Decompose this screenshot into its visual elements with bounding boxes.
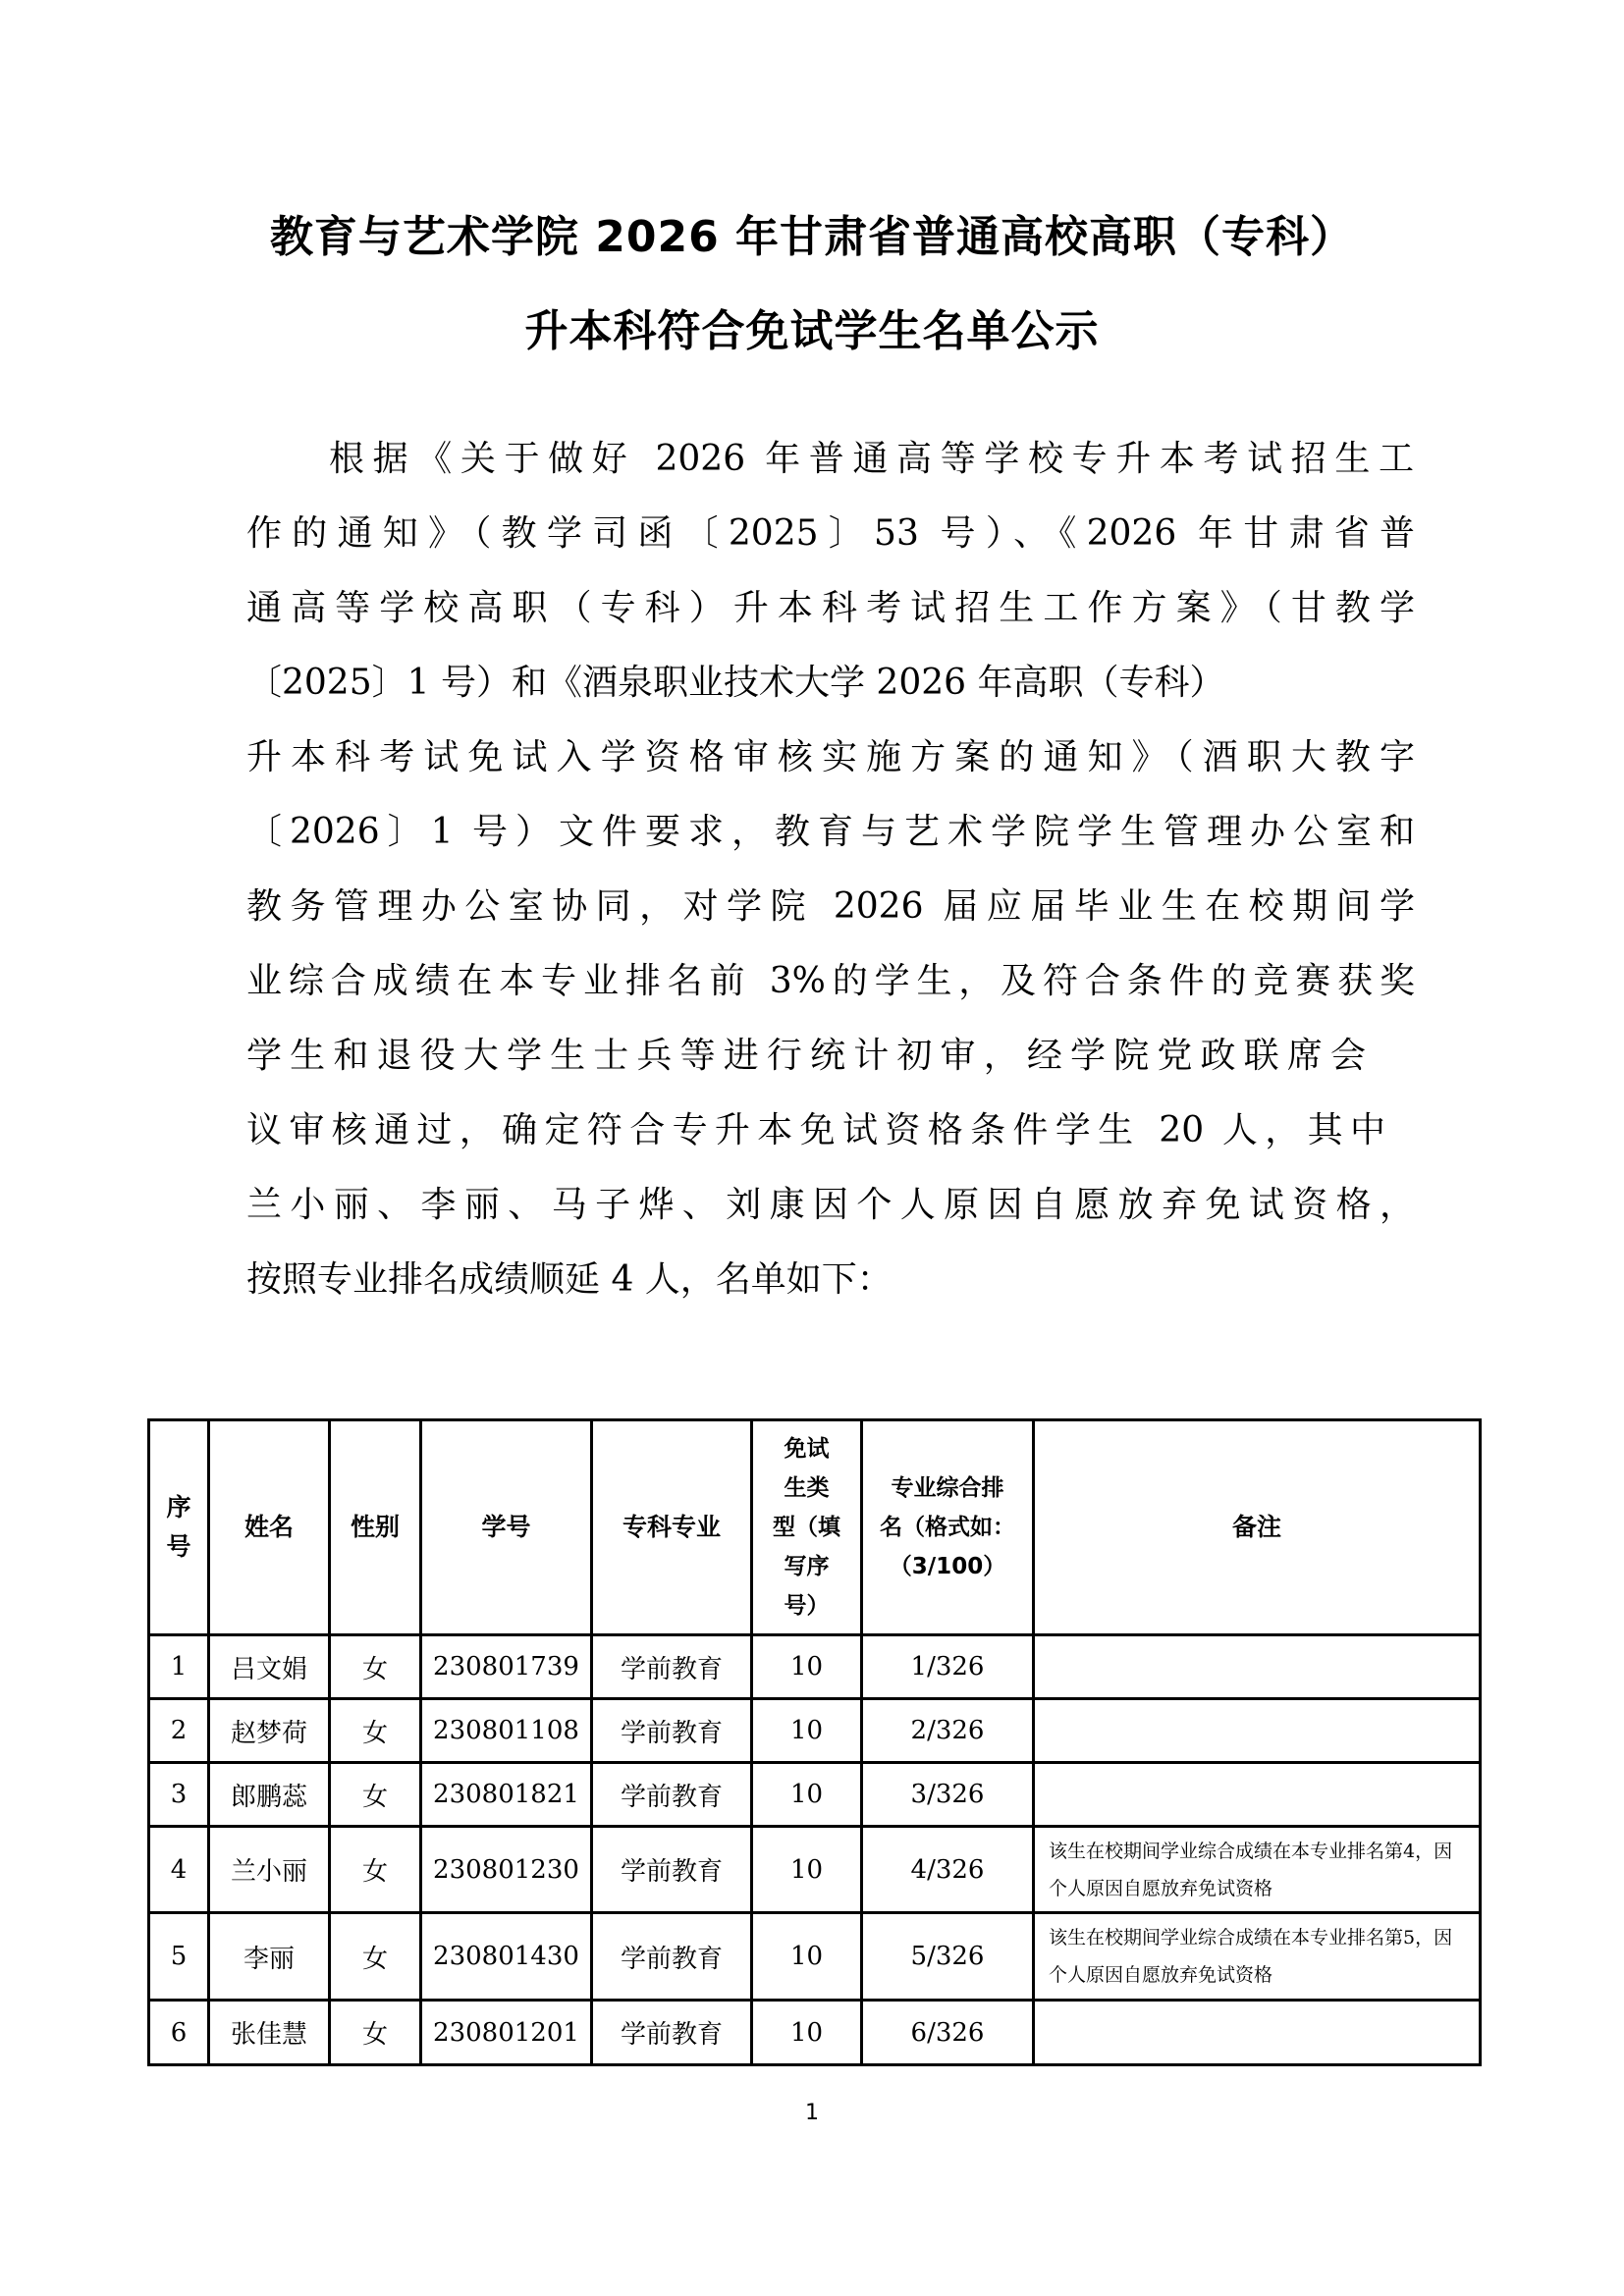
header-name: 姓名 (209, 1420, 330, 1635)
paragraph-line: 兰小丽、李丽、马子烨、刘康因个人原因自愿放弃免试资格， (246, 1184, 1415, 1227)
cell-rank: 4/326 (862, 1827, 1034, 1913)
cell-seq: 2 (149, 1699, 209, 1763)
paragraph-line: 学生和退役大学生士兵等进行统计初审，经学院党政联席会 (246, 1035, 1366, 1078)
cell-gender: 女 (330, 2001, 421, 2065)
cell-seq: 4 (149, 1827, 209, 1913)
paragraph-line: 作的通知》（教学司函〔2025〕53 号）、《2026 年甘肃省普 (246, 512, 1415, 556)
exempt-student-table: 序 号 姓名 性别 学号 专科专业 免试 生类 型（填 写序 号） 专业综合排 … (147, 1418, 1482, 2066)
cell-major: 学前教育 (592, 1827, 752, 1913)
cell-exempt-type: 10 (752, 1635, 862, 1699)
document-title-line-2: 升本科符合免试学生名单公示 (0, 304, 1624, 359)
table-header-row: 序 号 姓名 性别 学号 专科专业 免试 生类 型（填 写序 号） 专业综合排 … (149, 1420, 1481, 1635)
cell-rank: 2/326 (862, 1699, 1034, 1763)
cell-gender: 女 (330, 1913, 421, 2001)
header-student-id: 学号 (421, 1420, 592, 1635)
cell-exempt-type: 10 (752, 1763, 862, 1827)
cell-exempt-type: 10 (752, 1699, 862, 1763)
header-type-part: 型（填 (773, 1515, 840, 1540)
header-type-part: 免试 (785, 1436, 830, 1462)
cell-seq: 5 (149, 1913, 209, 2001)
cell-name: 郎鹏蕊 (209, 1763, 330, 1827)
cell-exempt-type: 10 (752, 1827, 862, 1913)
document-page: 教育与艺术学院 2026 年甘肃省普通高校高职（专科） 升本科符合免试学生名单公… (0, 0, 1624, 2296)
header-seq-part: 号 (166, 1532, 190, 1561)
cell-remark: 该生在校期间学业综合成绩在本专业排名第4，因个人原因自愿放弃免试资格 (1034, 1827, 1481, 1913)
paragraph-line: 〔2025〕1 号）和《酒泉职业技术大学 2026 年高职（专科） (246, 662, 1415, 705)
cell-name: 吕文娟 (209, 1635, 330, 1699)
header-remark: 备注 (1034, 1420, 1481, 1635)
page-number: 1 (0, 2101, 1624, 2125)
table-row: 2 赵梦荷 女 230801108 学前教育 10 2/326 (149, 1699, 1481, 1763)
header-rank-part: 专业综合排 (892, 1475, 1004, 1501)
cell-student-id: 230801201 (421, 2001, 592, 2065)
cell-major: 学前教育 (592, 2001, 752, 2065)
header-type-part: 写序 (785, 1554, 830, 1579)
cell-student-id: 230801821 (421, 1763, 592, 1827)
cell-exempt-type: 10 (752, 2001, 862, 2065)
cell-remark: 该生在校期间学业综合成绩在本专业排名第5，因个人原因自愿放弃免试资格 (1034, 1913, 1481, 2001)
cell-gender: 女 (330, 1635, 421, 1699)
paragraph-line: 按照专业排名成绩顺延 4 人，名单如下： (246, 1258, 1415, 1302)
cell-student-id: 230801430 (421, 1913, 592, 2001)
table-row: 5 李丽 女 230801430 学前教育 10 5/326 该生在校期间学业综… (149, 1913, 1481, 2001)
cell-major: 学前教育 (592, 1635, 752, 1699)
cell-remark (1034, 1699, 1481, 1763)
cell-remark (1034, 1635, 1481, 1699)
header-exempt-type: 免试 生类 型（填 写序 号） (752, 1420, 862, 1635)
table-row: 3 郎鹏蕊 女 230801821 学前教育 10 3/326 (149, 1763, 1481, 1827)
header-gender: 性别 (330, 1420, 421, 1635)
paragraph-line: 升本科考试免试入学资格审核实施方案的通知》（酒职大教字 (246, 736, 1415, 779)
table-row: 6 张佳慧 女 230801201 学前教育 10 6/326 (149, 2001, 1481, 2065)
cell-major: 学前教育 (592, 1763, 752, 1827)
cell-name: 兰小丽 (209, 1827, 330, 1913)
paragraph-line: 议审核通过，确定符合专升本免试资格条件学生 20 人，其中 (246, 1109, 1385, 1152)
cell-rank: 3/326 (862, 1763, 1034, 1827)
header-rank: 专业综合排 名（格式如： （3/100） (862, 1420, 1034, 1635)
header-seq-part: 序 (166, 1493, 190, 1522)
cell-exempt-type: 10 (752, 1913, 862, 2001)
header-major: 专科专业 (592, 1420, 752, 1635)
paragraph-line: 〔2026〕1 号）文件要求，教育与艺术学院学生管理办公室和 (246, 811, 1415, 854)
cell-rank: 6/326 (862, 2001, 1034, 2065)
cell-rank: 5/326 (862, 1913, 1034, 2001)
cell-seq: 6 (149, 2001, 209, 2065)
cell-student-id: 230801108 (421, 1699, 592, 1763)
cell-student-id: 230801230 (421, 1827, 592, 1913)
cell-seq: 3 (149, 1763, 209, 1827)
table-row: 4 兰小丽 女 230801230 学前教育 10 4/326 该生在校期间学业… (149, 1827, 1481, 1913)
document-title-line-1: 教育与艺术学院 2026 年甘肃省普通高校高职（专科） (0, 210, 1624, 265)
cell-remark (1034, 2001, 1481, 2065)
header-rank-part: （3/100） (890, 1554, 1005, 1579)
paragraph-line: 业综合成绩在本专业排名前 3%的学生，及符合条件的竞赛获奖 (246, 960, 1415, 1003)
cell-gender: 女 (330, 1827, 421, 1913)
cell-name: 赵梦荷 (209, 1699, 330, 1763)
paragraph-line: 通高等学校高职（专科）升本科考试招生工作方案》（甘教学 (246, 587, 1415, 630)
cell-gender: 女 (330, 1763, 421, 1827)
cell-major: 学前教育 (592, 1699, 752, 1763)
header-seq: 序 号 (149, 1420, 209, 1635)
header-type-part: 生类 (785, 1475, 830, 1501)
cell-student-id: 230801739 (421, 1635, 592, 1699)
cell-seq: 1 (149, 1635, 209, 1699)
paragraph-line: 根据《关于做好 2026 年普通高等学校专升本考试招生工 (329, 438, 1414, 481)
cell-gender: 女 (330, 1699, 421, 1763)
cell-name: 李丽 (209, 1913, 330, 2001)
cell-name: 张佳慧 (209, 2001, 330, 2065)
header-type-part: 号） (785, 1593, 830, 1619)
table-row: 1 吕文娟 女 230801739 学前教育 10 1/326 (149, 1635, 1481, 1699)
cell-major: 学前教育 (592, 1913, 752, 2001)
header-rank-part: 名（格式如： (880, 1515, 1015, 1540)
cell-remark (1034, 1763, 1481, 1827)
cell-rank: 1/326 (862, 1635, 1034, 1699)
paragraph-line: 教务管理办公室协同，对学院 2026 届应届毕业生在校期间学 (246, 885, 1415, 929)
